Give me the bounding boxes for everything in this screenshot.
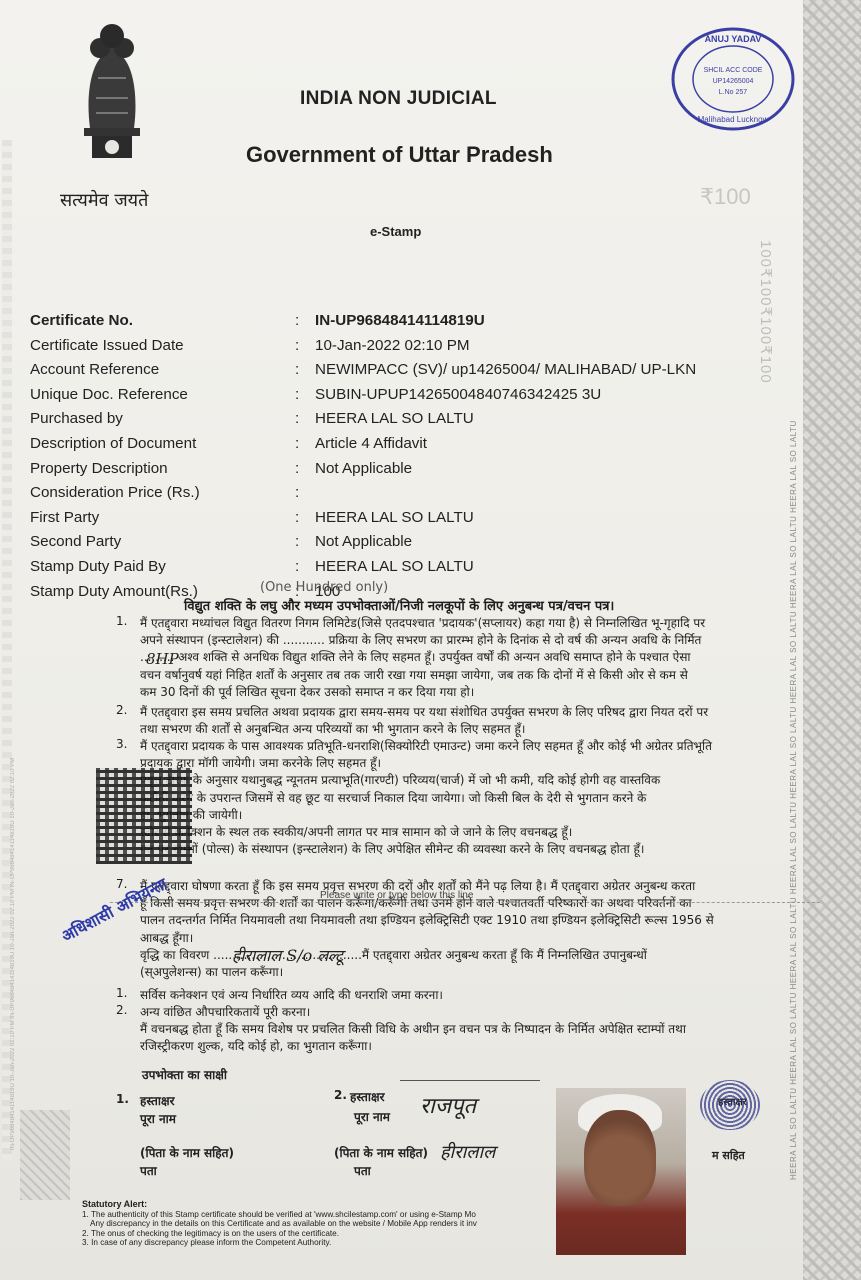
handwritten-witness2-father: हीरालाल (440, 1140, 495, 1164)
affidavit-line: मैं एतद्द्वारा इस समय प्रचलित अथवा प्रदा… (140, 703, 708, 720)
paragraph-number: 7. (116, 877, 127, 891)
affidavit-line: कटौती करने के उपरान्त जिसमें से वह छूट य… (140, 789, 646, 806)
handwritten-vriddhi-name: हीरालाल S/o लल्टू (232, 944, 343, 966)
certificate-value: Article 4 Affidavit (315, 435, 427, 452)
certificate-value: 10-Jan-2022 02:10 PM (315, 337, 470, 354)
certificate-label: Unique Doc. Reference (30, 386, 188, 403)
affidavit-line: रजिस्ट्रीकरण शुल्क, यदि कोई हो, का भुगता… (140, 1037, 372, 1054)
certificate-label: First Party (30, 509, 99, 526)
affidavit-line: मैं एतद्द्वारा मध्यांचल विद्युत वितरण नि… (140, 614, 705, 631)
witness2-father-label: (पिता के नाम सहित) (334, 1144, 428, 1161)
certificate-label: Purchased by (30, 410, 123, 427)
certificate-label: Account Reference (30, 361, 159, 378)
certificate-colon: : (295, 312, 299, 329)
certificate-label: Certificate Issued Date (30, 337, 184, 354)
affidavit-line: सर्विस कनेक्शन एवं अन्य निर्धारित व्यय आ… (140, 986, 443, 1003)
certificate-value: SUBIN-UPUP14265004840746342425 3U (315, 386, 601, 403)
affidavit-title: विद्युत शक्ति के लघु और मध्यम उपभोक्ताओं… (184, 596, 614, 614)
vertical-amount-code: 100₹100₹100₹100 (752, 240, 774, 384)
applicant-photo (556, 1088, 686, 1255)
witness2-sign-label: हस्ताक्षर (350, 1088, 385, 1105)
affidavit-line: प्रवृत्त टैरिफ के अनुसार यथानुबद्ध न्यून… (140, 771, 660, 788)
certificate-colon: : (295, 533, 299, 550)
please-write-note: Please write or type below this line (320, 890, 473, 901)
affidavit-line: तथा सभरण की शर्तों से अनुबन्धित अन्य परि… (140, 720, 525, 737)
statutory-item: 1. The authenticity of this Stamp certif… (82, 1210, 477, 1220)
thumb-impression (700, 1080, 760, 1130)
seal-line3: L.No 257 (719, 89, 748, 96)
witness1-name-label: पूरा नाम (140, 1110, 176, 1127)
paragraph-number: 3. (116, 737, 127, 751)
certificate-label: Stamp Duty Paid By (30, 558, 166, 575)
consumer-with-label: म सहित (712, 1148, 745, 1163)
witness1-address-label: पता (140, 1162, 157, 1179)
affidavit-line: कम 30 दिनों की पूर्व लिखित सूचना देकर उस… (140, 683, 474, 700)
certificate-colon: : (295, 410, 299, 427)
certificate-label: Consideration Price (Rs.) (30, 484, 200, 501)
right-ornamental-border (803, 0, 861, 1280)
amount-watermark: ₹100 (700, 184, 751, 210)
statutory-alert: Statutory Alert: 1. The authenticity of … (82, 1200, 477, 1248)
qr-code (96, 768, 192, 864)
affidavit-line: मैं एतद्द्वारा प्रदायक के पास आवश्यक प्र… (140, 737, 712, 754)
certificate-colon: : (295, 435, 299, 452)
witness2-address-label: पता (354, 1162, 371, 1179)
certificate-label: Certificate No. (30, 312, 133, 329)
certificate-value: HEERA LAL SO LALTU (315, 509, 474, 526)
paragraph-number: 1. (116, 986, 127, 1000)
left-microtext: IN-UP96848414114819U 10-Jan-2022 02:10 P… (10, 150, 20, 1150)
right-microtext: HEERA LAL SO LALTU HEERA LAL SO LALTU HE… (789, 240, 801, 1180)
certificate-value: IN-UP96848414114819U (315, 312, 485, 329)
certificate-value: HEERA LAL SO LALTU (315, 410, 474, 427)
witness2-sign-line (400, 1080, 540, 1081)
statutory-item: Any discrepancy in the details on this C… (82, 1219, 477, 1229)
ashoka-emblem-icon (62, 18, 162, 188)
photo-face (584, 1110, 656, 1206)
statutory-item: 2. The onus of checking the legitimacy i… (82, 1229, 477, 1239)
handwritten-witness2-name: राजपूत (420, 1090, 476, 1120)
affidavit-line: वचन वर्षानुवर्ष यहां निहित शर्तों के अनु… (140, 666, 688, 683)
affidavit-line: अपने संस्थापन (इन्स्टालेशन) की .........… (140, 631, 701, 648)
emblem-caption: सत्यमेव जयते (60, 188, 148, 212)
certificate-colon: : (295, 361, 299, 378)
witness2-block: 2. हस्ताक्षर पूरा नाम (पिता के नाम सहित)… (334, 1088, 347, 1102)
estamp-label: e-Stamp (370, 224, 421, 239)
witness2-name-label: पूरा नाम (354, 1108, 390, 1125)
vendor-seal-stamp: ANUJ YADAV SHCIL ACC CODE UP14265004 L.N… (668, 24, 798, 134)
statutory-alert-title: Statutory Alert: (82, 1200, 477, 1210)
certificate-colon: : (295, 558, 299, 575)
affidavit-line: गत पर खम्भों (पोल्स) के संस्थापन (इन्स्ट… (140, 840, 644, 857)
amount-in-words: (One Hundred only) (260, 580, 388, 595)
affidavit-line: आबद्ध हूँगा। (140, 929, 193, 946)
certificate-value: Not Applicable (315, 460, 412, 477)
witness-heading: उपभोक्ता का साक्षी (142, 1066, 227, 1083)
statutory-item: 3. In case of any discrepancy please inf… (82, 1238, 477, 1248)
affidavit-line: पालन तदन्तर्गत निर्मित नियमावली तथा नियम… (140, 911, 714, 928)
paragraph-number: 2. (116, 1003, 127, 1017)
certificate-colon: : (295, 484, 299, 501)
witness1-sign-label: हस्ताक्षर (140, 1092, 175, 1109)
seal-place: Malihabad Lucknow (698, 115, 769, 124)
seal-line2: UP14265004 (713, 78, 754, 85)
certificate-colon: : (295, 386, 299, 403)
witness1-block: 1. हस्ताक्षर पूरा नाम (पिता के नाम सहित)… (116, 1092, 129, 1106)
handwritten-horsepower: 8HP (146, 650, 179, 668)
affidavit-line: मैं वचनबद्ध होता हूँ कि समय विशेष पर प्र… (140, 1020, 686, 1037)
paragraph-number: 1. (116, 614, 127, 628)
certificate-value: HEERA LAL SO LALTU (315, 558, 474, 575)
government-title: Government of Uttar Pradesh (246, 142, 553, 168)
certificate-label: Property Description (30, 460, 168, 477)
affidavit-line: अन्य वांछित औपचारिकतायें पूरी करना। (140, 1003, 310, 1020)
document-title: INDIA NON JUDICIAL (300, 88, 497, 110)
certificate-colon: : (295, 460, 299, 477)
certificate-colon: : (295, 509, 299, 526)
certificate-value: NEWIMPACC (SV)/ up14265004/ MALIHABAD/ U… (315, 361, 696, 378)
certificate-colon: : (295, 337, 299, 354)
affidavit-line: स्टोर से कनेक्शन के स्थल तक स्वकीय/अपनी … (140, 823, 572, 840)
certificate-label: Description of Document (30, 435, 196, 452)
certificate-label: Second Party (30, 533, 121, 550)
affidavit-line: ......... अश्व शक्ति से अनधिक विद्युत शक… (140, 648, 691, 665)
write-below-line (110, 902, 820, 903)
bottom-left-ornament (20, 1110, 70, 1200)
witness1-father-label: (पिता के नाम सहित) (140, 1144, 234, 1161)
certificate-label: Stamp Duty Amount(Rs.) (30, 583, 198, 600)
affidavit-line: वृद्धि का विवरण ........................… (140, 946, 647, 963)
seal-vendor-name: ANUJ YADAV (705, 34, 762, 44)
seal-line1: SHCIL ACC CODE (704, 67, 763, 74)
certificate-value: Not Applicable (315, 533, 412, 550)
paragraph-number: 2. (116, 703, 127, 717)
